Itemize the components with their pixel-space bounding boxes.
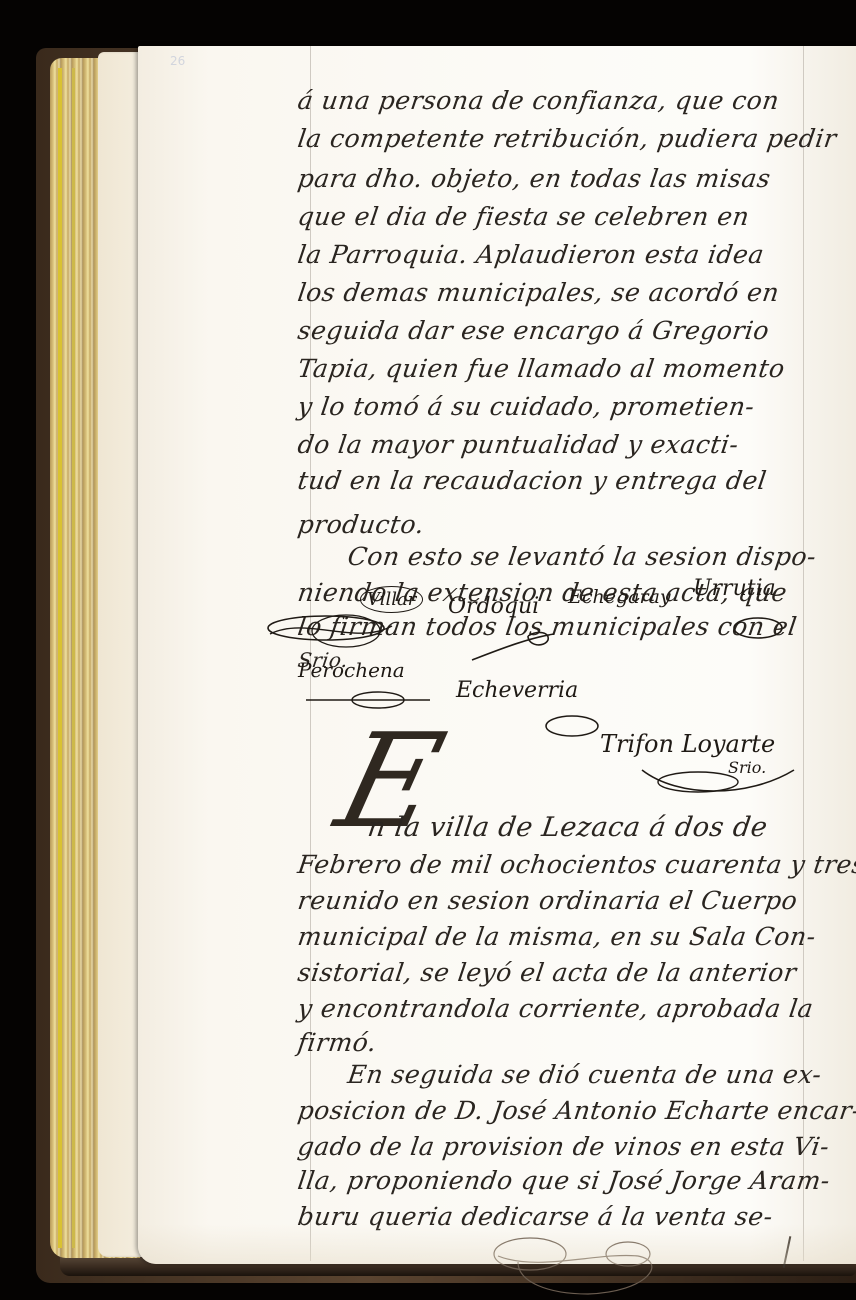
signature-echeverria: Echeverria [456, 678, 578, 703]
text-line: buru queria dedicarse á la venta se- [296, 1202, 775, 1231]
text-line: Con esto se levantó la sesion dispo- [346, 542, 818, 571]
text-line: n la villa de Lezaca á dos de [366, 812, 770, 843]
text-line: tud en la recaudacion y entrega del [296, 466, 769, 495]
text-line: la Parroquia. Aplaudieron esta idea [296, 240, 766, 269]
text-line: En seguida se dió cuenta de una ex- [346, 1060, 824, 1089]
signature-trifon-loyarte: Trifon Loyarte [600, 730, 775, 758]
text-line: y lo tomó á su cuidado, prometien- [296, 392, 757, 421]
text-line: seguida dar ese encargo á Gregorio [296, 316, 771, 345]
flourish-icon [468, 626, 558, 666]
pen-stroke-mark [783, 1236, 792, 1268]
flourish-icon [638, 758, 798, 808]
folio-pencil-mark: 26 [170, 54, 185, 68]
text-line: Tapia, quien fue llamado al momento [296, 354, 787, 383]
page-edge-stripe [58, 68, 62, 1248]
text-line: Febrero de mil ochocientos cuarenta y tr… [296, 850, 856, 879]
manuscript-page: 26 á una persona de confianza, que con l… [138, 46, 856, 1264]
signature-urrutia: Urrutia [693, 576, 776, 601]
text-line: posicion de D. José Antonio Echarte enca… [296, 1096, 856, 1125]
text-line: á una persona de confianza, que con [296, 86, 781, 115]
text-line: reunido en sesion ordinaria el Cuerpo [296, 886, 799, 915]
text-line: que el dia de fiesta se celebren en [296, 202, 751, 231]
catchword-flourish-icon [478, 1232, 678, 1300]
text-line: municipal de la misma, en su Sala Con- [296, 922, 818, 951]
signature-echegaray: Echegaray [568, 586, 671, 608]
text-line: producto. [296, 510, 426, 539]
text-line: y encontrandola corriente, aprobada la [296, 994, 815, 1023]
text-line: sistorial, se leyó el acta de la anterio… [296, 958, 798, 987]
text-line: do la mayor puntualidad y exacti- [296, 430, 741, 459]
text-line: lla, proponiendo que si José Jorge Aram- [296, 1166, 832, 1195]
text-line: los demas municipales, se acordó en [296, 278, 781, 307]
signature-perochena: Perochena [298, 658, 405, 682]
text-line: para dho. objeto, en todas las misas [296, 164, 773, 193]
page-edge-stripe [72, 68, 75, 1248]
signature-ordoqui: Ordoqui [448, 594, 539, 619]
flourish-icon [266, 606, 396, 656]
text-line: gado de la provision de vinos en esta Vi… [296, 1132, 831, 1161]
text-line: la competente retribución, pudiera pedir [296, 124, 839, 153]
text-line: firmó. [296, 1028, 379, 1057]
flourish-icon [728, 604, 788, 644]
